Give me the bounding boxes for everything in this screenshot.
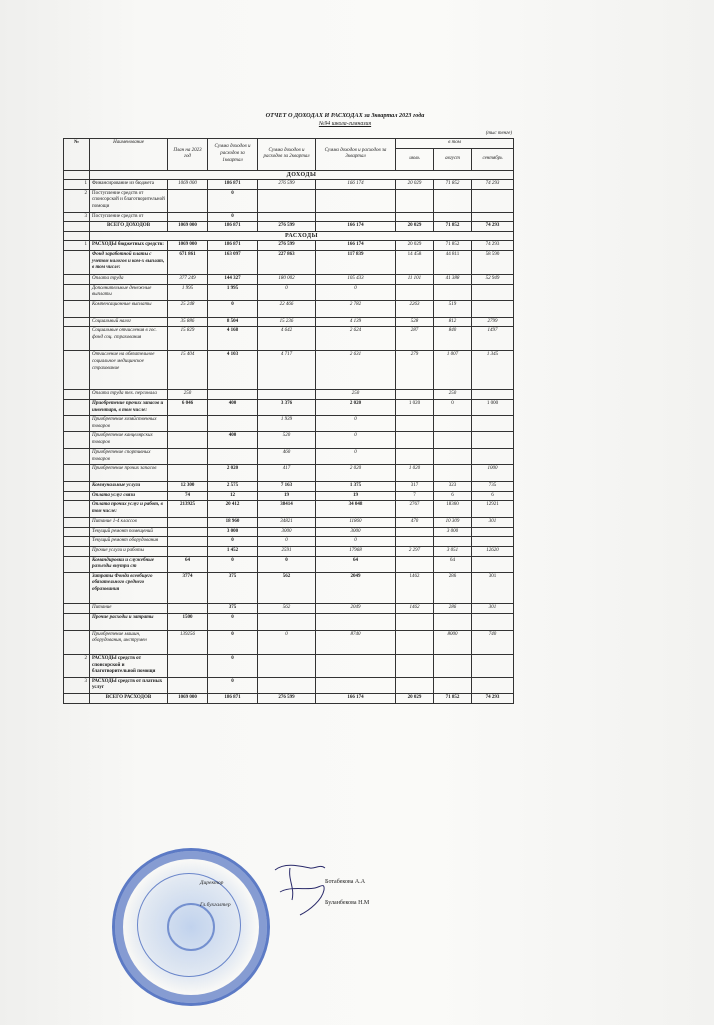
cell-aug: 286 — [434, 572, 472, 604]
row-name: РАСХОДЫ средств от спонсорской и благотв… — [90, 654, 168, 677]
cell-aug: 71 852 — [434, 693, 472, 703]
cell-q3: 105 433 — [316, 275, 396, 285]
stamp-emblem — [167, 903, 215, 951]
cell-q3: 8740 — [316, 630, 396, 654]
cell-sep — [472, 390, 514, 400]
cell-aug — [434, 537, 472, 547]
cell-q2: 0 — [258, 537, 316, 547]
row-index — [64, 572, 90, 604]
table-row: Коммунальные услуги12 3002 5757 1631 375… — [64, 482, 514, 492]
row-index: 1 — [64, 241, 90, 251]
row-index — [64, 693, 90, 703]
cell-aug — [434, 677, 472, 693]
header-q3: Сумма доходов и расходов за 3квартал — [316, 139, 396, 171]
table-row: Приобретение машин, оборудования, инстру… — [64, 630, 514, 654]
cell-jul: 2 297 — [396, 547, 434, 557]
cell-q3: 1 375 — [316, 482, 396, 492]
cell-jul: 20 029 — [396, 180, 434, 190]
row-index: 2 — [64, 654, 90, 677]
total-row: ВСЕГО РАСХОДОВ1069 000186 871276 599166 … — [64, 693, 514, 703]
table-body: ДОХОДЫ1Финансирование из бюджета1069 000… — [64, 170, 514, 703]
table-row: Компенсационные выплаты25 248022 4662 78… — [64, 300, 514, 317]
cell-jul: 1 020 — [396, 465, 434, 482]
cell-q3: 2049 — [316, 604, 396, 614]
row-name: Приобретение прочих запасов — [90, 465, 168, 482]
cell-jul — [396, 677, 434, 693]
cell-plan: 1069 000 — [168, 693, 208, 703]
cell-q2: 276 599 — [258, 241, 316, 251]
cell-plan — [168, 465, 208, 482]
row-index — [64, 482, 90, 492]
cell-q3: 250 — [316, 390, 396, 400]
cell-q3: 0 — [316, 449, 396, 465]
row-name: Питание 1-4 классов — [90, 518, 168, 528]
row-name: Коммунальные услуги — [90, 482, 168, 492]
cell-jul — [396, 630, 434, 654]
row-index — [64, 222, 90, 232]
cell-q1: 12 — [208, 491, 258, 501]
cell-q1: 20 412 — [208, 501, 258, 518]
row-name: Оплата услуг связи — [90, 491, 168, 501]
cell-plan — [168, 416, 208, 432]
cell-aug — [434, 613, 472, 630]
cell-q3: 2 020 — [316, 465, 396, 482]
row-name: Оплата труда — [90, 275, 168, 285]
header-aug: август — [434, 148, 472, 170]
row-index — [64, 300, 90, 317]
cell-plan — [168, 449, 208, 465]
cell-sep — [472, 449, 514, 465]
cell-q2: 4 642 — [258, 327, 316, 351]
row-index — [64, 351, 90, 390]
cell-q3 — [316, 677, 396, 693]
cell-aug: 519 — [434, 300, 472, 317]
cell-sep: 74 293 — [472, 222, 514, 232]
cell-sep: 12620 — [472, 547, 514, 557]
row-name: Дополнительные денежные выплаты — [90, 284, 168, 300]
cell-q2: 0 — [258, 630, 316, 654]
row-name: Приобретение спортивных товаров — [90, 449, 168, 465]
cell-aug: 0 — [434, 400, 472, 416]
cell-aug: 6 — [434, 491, 472, 501]
cell-jul: 279 — [396, 351, 434, 390]
cell-q2 — [258, 654, 316, 677]
cell-plan — [168, 604, 208, 614]
section-spacer — [64, 170, 90, 180]
cell-q1: 2 575 — [208, 482, 258, 492]
cell-q3: 166 174 — [316, 241, 396, 251]
cell-q2: 520 — [258, 432, 316, 449]
cell-q1: 0 — [208, 613, 258, 630]
cell-q2: 276 599 — [258, 222, 316, 232]
cell-q1: 1 452 — [208, 547, 258, 557]
cell-aug — [434, 212, 472, 222]
cell-jul: 14 458 — [396, 250, 434, 274]
cell-sep — [472, 527, 514, 537]
cell-aug: 3 000 — [434, 527, 472, 537]
header-plan: План на 2023 год — [168, 139, 208, 171]
table-row: 2РАСХОДЫ средств от спонсорской и благот… — [64, 654, 514, 677]
row-name: Финансирование из бюджета — [90, 180, 168, 190]
cell-sep: 735 — [472, 482, 514, 492]
cell-sep: 301 — [472, 518, 514, 528]
row-index: 3 — [64, 212, 90, 222]
cell-aug: 41 388 — [434, 275, 472, 285]
income-expense-table: № Наименование План на 2023 год Сумма до… — [63, 138, 514, 704]
cell-plan: 3774 — [168, 572, 208, 604]
section-spacer — [64, 231, 90, 241]
cell-q2: 19 — [258, 491, 316, 501]
cell-q3 — [316, 613, 396, 630]
row-name: Прочие услуги и работы — [90, 547, 168, 557]
table-row: Отчисление на обязательное социальное ме… — [64, 351, 514, 390]
cell-sep — [472, 189, 514, 212]
table-row: 2Поступление средств от спонсорской и бл… — [64, 189, 514, 212]
table-row: Приобретение канцелярских товаров4005200 — [64, 432, 514, 449]
cell-sep: 52 949 — [472, 275, 514, 285]
cell-q3: 166 174 — [316, 222, 396, 232]
header-q2: Сумма доходов и расходов за 2квартал — [258, 139, 316, 171]
cell-q3: 64 — [316, 556, 396, 572]
row-name: Социальные отчисления в гос. фонд соц. с… — [90, 327, 168, 351]
cell-aug: 18360 — [434, 501, 472, 518]
cell-q3: 4 139 — [316, 317, 396, 327]
table-row: Текущий ремонт оборудования000 — [64, 537, 514, 547]
cell-q2: 562 — [258, 572, 316, 604]
document-page: ОТЧЕТ О ДОХОДАХ И РАСХОДАХ за 3квартал 2… — [0, 0, 714, 1025]
cell-sep — [472, 654, 514, 677]
cell-q2 — [258, 613, 316, 630]
cell-q2: 7 163 — [258, 482, 316, 492]
cell-q2: 417 — [258, 465, 316, 482]
cell-plan: 250 — [168, 390, 208, 400]
cell-q1: 3 000 — [208, 527, 258, 537]
cell-q2: 3000 — [258, 527, 316, 537]
cell-aug: 10 309 — [434, 518, 472, 528]
cell-q3: 3000 — [316, 527, 396, 537]
cell-q1: 0 — [208, 537, 258, 547]
cell-q2: 4 717 — [258, 351, 316, 390]
row-name: Командировки и служебные разъезды внутри… — [90, 556, 168, 572]
table-row: Приобретение хозяйственных товаров1 9390 — [64, 416, 514, 432]
table-row: Оплата услуг связи74121919766 — [64, 491, 514, 501]
cell-q3: 17968 — [316, 547, 396, 557]
cell-sep — [472, 432, 514, 449]
cell-plan: 74 — [168, 491, 208, 501]
cell-q3: 0 — [316, 432, 396, 449]
cell-jul: 1462 — [396, 572, 434, 604]
cell-jul: 528 — [396, 317, 434, 327]
cell-q1: 4 168 — [208, 327, 258, 351]
director-name: Ботабекова А.А — [325, 879, 365, 885]
cell-q2: 0 — [258, 284, 316, 300]
cell-aug: 812 — [434, 317, 472, 327]
cell-q1: 186 871 — [208, 693, 258, 703]
header-jul: июль — [396, 148, 434, 170]
cell-q3: 19 — [316, 491, 396, 501]
cell-aug — [434, 432, 472, 449]
row-name: Оплата прочих услуг и работ, в том числе… — [90, 501, 168, 518]
cell-aug — [434, 189, 472, 212]
row-index — [64, 613, 90, 630]
cell-jul — [396, 537, 434, 547]
row-index — [64, 317, 90, 327]
table-row: Питание 1-4 классов18 960348211186047010… — [64, 518, 514, 528]
header-num: № — [64, 139, 90, 171]
cell-q3: 166 174 — [316, 693, 396, 703]
cell-jul: 20 029 — [396, 241, 434, 251]
cell-q2: 2591 — [258, 547, 316, 557]
row-index — [64, 400, 90, 416]
table-row: Оплата прочих услуг и работ, в том числе… — [64, 501, 514, 518]
table-row: Социальные отчисления в гос. фонд соц. с… — [64, 327, 514, 351]
cell-q1: 400 — [208, 400, 258, 416]
section-row: РАСХОДЫ — [64, 231, 514, 241]
cell-jul — [396, 416, 434, 432]
row-name: Приобретение хозяйственных товаров — [90, 416, 168, 432]
table-row: 3Поступление средств от0 — [64, 212, 514, 222]
row-name: Текущий ремонт оборудования — [90, 537, 168, 547]
section-title: ДОХОДЫ — [90, 170, 514, 180]
cell-jul — [396, 449, 434, 465]
row-name: Приобретение канцелярских товаров — [90, 432, 168, 449]
cell-plan: 35 886 — [168, 317, 208, 327]
cell-q2: 38414 — [258, 501, 316, 518]
row-index — [64, 449, 90, 465]
cell-plan: 6 046 — [168, 400, 208, 416]
cell-q3: 2 631 — [316, 351, 396, 390]
table-row: 1РАСХОДЫ бюджетных средств:1069 000186 8… — [64, 241, 514, 251]
row-name: РАСХОДЫ бюджетных средств: — [90, 241, 168, 251]
row-name: Фонд заработной платы с учетом налогов и… — [90, 250, 168, 274]
cell-aug — [434, 284, 472, 300]
table-row: Оплата труда тех. персонала250250250 — [64, 390, 514, 400]
cell-q2: 22 466 — [258, 300, 316, 317]
cell-plan: 1069 000 — [168, 180, 208, 190]
cell-q1: 186 871 — [208, 180, 258, 190]
cell-plan — [168, 547, 208, 557]
header-q1: Сумма доходов и расходов за 1квартал — [208, 139, 258, 171]
row-name: Текущий ремонт помещений — [90, 527, 168, 537]
cell-jul — [396, 432, 434, 449]
cell-q3: 2049 — [316, 572, 396, 604]
cell-aug: 1 007 — [434, 351, 472, 390]
cell-jul: 1 020 — [396, 400, 434, 416]
cell-q1: 186 871 — [208, 241, 258, 251]
row-index — [64, 501, 90, 518]
cell-aug: 323 — [434, 482, 472, 492]
cell-q1: 2 020 — [208, 465, 258, 482]
cell-q3: 166 174 — [316, 180, 396, 190]
cell-q3: 11860 — [316, 518, 396, 528]
row-index — [64, 547, 90, 557]
cell-sep — [472, 416, 514, 432]
total-row: ВСЕГО ДОХОДОВ1069 000186 871276 599166 1… — [64, 222, 514, 232]
cell-plan: 25 248 — [168, 300, 208, 317]
cell-jul — [396, 284, 434, 300]
row-name: Питание — [90, 604, 168, 614]
cell-q2: 180 002 — [258, 275, 316, 285]
cell-q1: 144 327 — [208, 275, 258, 285]
cell-sep — [472, 300, 514, 317]
cell-plan — [168, 518, 208, 528]
row-index — [64, 327, 90, 351]
table-row: Социальный налог35 8868 50415 2364 13952… — [64, 317, 514, 327]
cell-aug: 71 852 — [434, 180, 472, 190]
row-index — [64, 275, 90, 285]
cell-plan: 15 829 — [168, 327, 208, 351]
cell-sep — [472, 212, 514, 222]
signature-director — [270, 860, 330, 920]
cell-q1: 0 — [208, 212, 258, 222]
cell-plan: 671 861 — [168, 250, 208, 274]
cell-plan — [168, 677, 208, 693]
cell-q1: 186 871 — [208, 222, 258, 232]
cell-q3: 2 020 — [316, 400, 396, 416]
cell-aug — [434, 416, 472, 432]
cell-q2: 562 — [258, 604, 316, 614]
cell-aug: 71 852 — [434, 222, 472, 232]
cell-sep — [472, 537, 514, 547]
cell-plan: 15 404 — [168, 351, 208, 390]
table-row: Оплата труда377 249144 327180 002105 433… — [64, 275, 514, 285]
cell-aug: 840 — [434, 327, 472, 351]
official-stamp — [112, 848, 270, 1006]
cell-jul: 287 — [396, 327, 434, 351]
cell-jul: 2263 — [396, 300, 434, 317]
cell-q2: 3 376 — [258, 400, 316, 416]
cell-jul: 470 — [396, 518, 434, 528]
cell-q3: 0 — [316, 416, 396, 432]
cell-sep: 301 — [472, 604, 514, 614]
row-index — [64, 527, 90, 537]
table-row: Фонд заработной платы с учетом налогов и… — [64, 250, 514, 274]
table-header: № Наименование План на 2023 год Сумма до… — [64, 139, 514, 171]
table-row: Затраты Фонда всеобщего обязательного ср… — [64, 572, 514, 604]
cell-sep — [472, 613, 514, 630]
cell-q1: 4 103 — [208, 351, 258, 390]
cell-sep — [472, 556, 514, 572]
section-title: РАСХОДЫ — [90, 231, 514, 241]
director-label: Директор — [200, 880, 223, 886]
cell-sep: 74 293 — [472, 693, 514, 703]
accountant-name: Буланбекова Н.М — [325, 900, 369, 906]
table-row: Текущий ремонт помещений3 000300030003 0… — [64, 527, 514, 537]
row-name: Затраты Фонда всеобщего обязательного ср… — [90, 572, 168, 604]
row-name: Приобретение машин, оборудования, инстру… — [90, 630, 168, 654]
cell-aug: 250 — [434, 390, 472, 400]
row-index — [64, 465, 90, 482]
cell-q1: 400 — [208, 432, 258, 449]
cell-aug — [434, 449, 472, 465]
cell-plan — [168, 212, 208, 222]
cell-jul: 317 — [396, 482, 434, 492]
cell-sep: 1000 — [472, 465, 514, 482]
table-row: Прочие расходы и затраты15000 — [64, 613, 514, 630]
cell-sep — [472, 677, 514, 693]
cell-q2: 0 — [258, 556, 316, 572]
row-name: Компенсационные выплаты — [90, 300, 168, 317]
header-name: Наименование — [90, 139, 168, 171]
cell-aug: 44 811 — [434, 250, 472, 274]
cell-q1: 375 — [208, 604, 258, 614]
cell-jul: 20 029 — [396, 693, 434, 703]
row-name: Поступление средств от — [90, 212, 168, 222]
cell-jul — [396, 613, 434, 630]
row-name: Поступление средств от спонсорской и бла… — [90, 189, 168, 212]
cell-jul — [396, 390, 434, 400]
cell-sep: 740 — [472, 630, 514, 654]
cell-q1: 18 960 — [208, 518, 258, 528]
row-index — [64, 556, 90, 572]
cell-sep: 74 293 — [472, 241, 514, 251]
cell-jul — [396, 654, 434, 677]
row-index — [64, 250, 90, 274]
cell-sep — [472, 284, 514, 300]
cell-q1 — [208, 449, 258, 465]
cell-sep: 6 — [472, 491, 514, 501]
row-index — [64, 432, 90, 449]
cell-q2: 227 863 — [258, 250, 316, 274]
cell-q1: 8 504 — [208, 317, 258, 327]
row-index: 3 — [64, 677, 90, 693]
cell-q1: 0 — [208, 654, 258, 677]
cell-plan — [168, 654, 208, 677]
cell-jul: 2767 — [396, 501, 434, 518]
row-index — [64, 416, 90, 432]
cell-q2: 15 236 — [258, 317, 316, 327]
table-row: Прочие услуги и работы1 4522591179682 29… — [64, 547, 514, 557]
report-title: ОТЧЕТ О ДОХОДАХ И РАСХОДАХ за 3квартал 2… — [200, 112, 490, 119]
row-name: ВСЕГО ДОХОДОВ — [90, 222, 168, 232]
row-name: Прочие расходы и затраты — [90, 613, 168, 630]
cell-q2 — [258, 212, 316, 222]
row-index — [64, 284, 90, 300]
cell-jul — [396, 556, 434, 572]
row-index — [64, 537, 90, 547]
row-index: 2 — [64, 189, 90, 212]
cell-q1 — [208, 390, 258, 400]
cell-sep: 12921 — [472, 501, 514, 518]
table-row: 1Финансирование из бюджета1069 000186 87… — [64, 180, 514, 190]
cell-aug — [434, 465, 472, 482]
cell-q3 — [316, 189, 396, 212]
cell-plan: 64 — [168, 556, 208, 572]
cell-sep: 1 000 — [472, 400, 514, 416]
cell-q2: 34821 — [258, 518, 316, 528]
cell-sep: 58 590 — [472, 250, 514, 274]
header-incl: в том — [396, 139, 514, 149]
cell-aug: 286 — [434, 604, 472, 614]
row-name: ВСЕГО РАСХОДОВ — [90, 693, 168, 703]
table-row: Приобретение спортивных товаров4600 — [64, 449, 514, 465]
cell-q2: 276 599 — [258, 180, 316, 190]
cell-jul — [396, 212, 434, 222]
row-index — [64, 630, 90, 654]
cell-plan: 12 300 — [168, 482, 208, 492]
row-name: Оплата труда тех. персонала — [90, 390, 168, 400]
cell-plan — [168, 432, 208, 449]
cell-q1: 163 097 — [208, 250, 258, 274]
cell-q2 — [258, 390, 316, 400]
table-row: Дополнительные денежные выплаты1 9951 99… — [64, 284, 514, 300]
cell-q1: 1 995 — [208, 284, 258, 300]
accountant-label: Гл.бухгалтер — [200, 902, 231, 908]
row-index — [64, 491, 90, 501]
row-name: Социальный налог — [90, 317, 168, 327]
cell-plan: 139256 — [168, 630, 208, 654]
cell-q1: 0 — [208, 677, 258, 693]
